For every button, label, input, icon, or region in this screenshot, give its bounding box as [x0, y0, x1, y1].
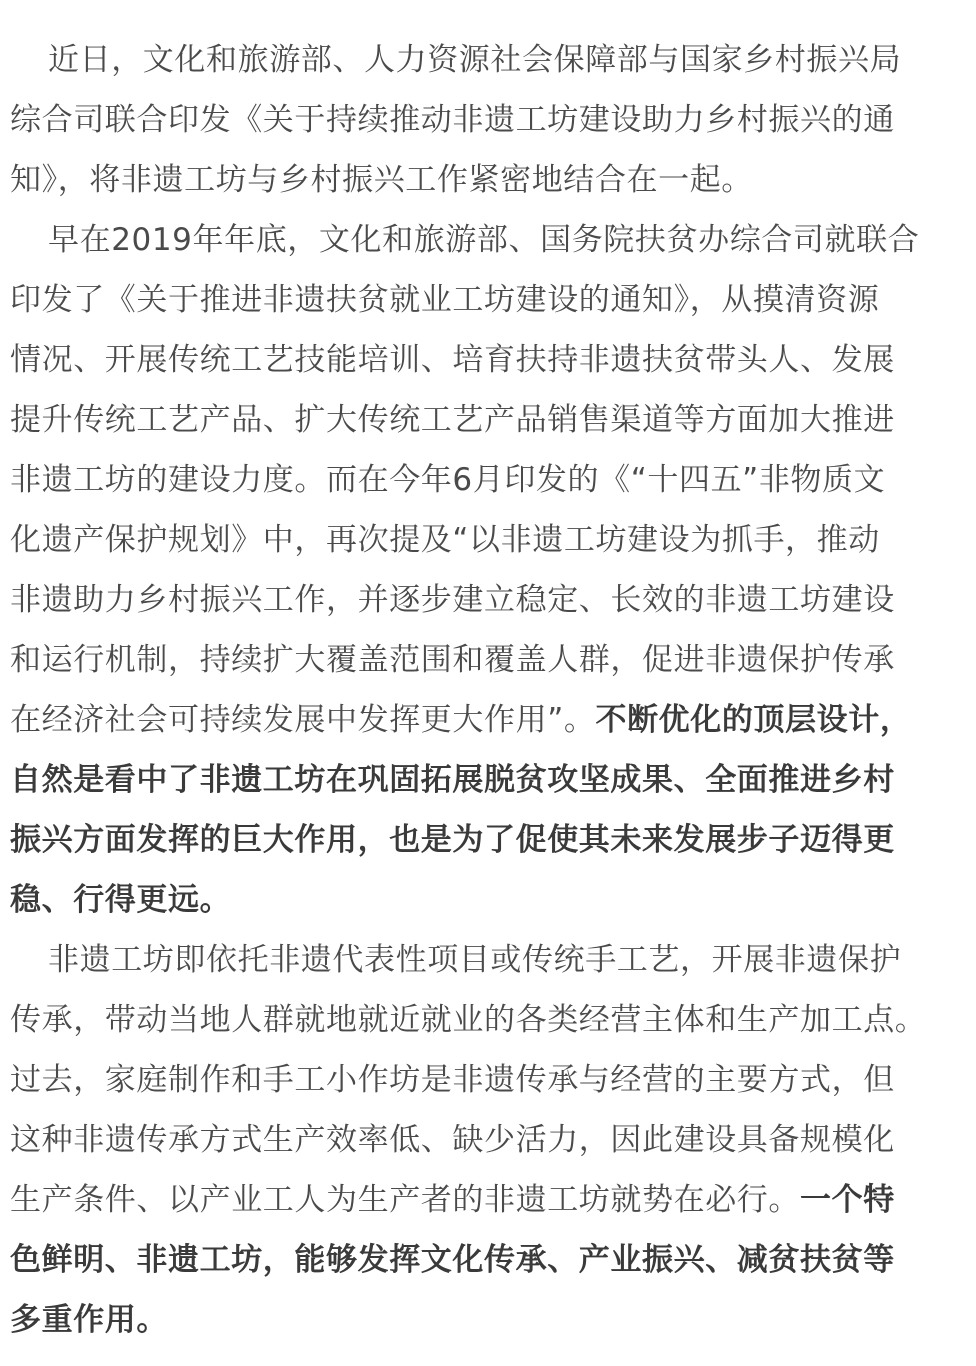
text-segment: 非遗工坊的建设力度。而在今年6月印发的《“十四五”非物质文: [10, 462, 885, 498]
text-segment: 早在2019年年底，文化和旅游部、国务院扶贫办综合司就联合: [48, 222, 919, 258]
text-line: 情况、开展传统工艺技能培训、培育扶持非遗扶贫带头人、发展: [10, 330, 976, 390]
emphasis-text: 稳、行得更远。: [10, 882, 231, 918]
text-line: 振兴方面发挥的巨大作用，也是为了促使其未来发展步子迈得更: [10, 810, 976, 870]
text-segment: 非遗助力乡村振兴工作，并逐步建立稳定、长效的非遗工坊建设: [10, 582, 895, 618]
text-segment: 传承，带动当地人群就地就近就业的各类经营主体和生产加工点。: [10, 1002, 926, 1038]
text-line: 印发了《关于推进非遗扶贫就业工坊建设的通知》，从摸清资源: [10, 270, 976, 330]
text-line: 非遗助力乡村振兴工作，并逐步建立稳定、长效的非遗工坊建设: [10, 570, 976, 630]
article-body: 近日，文化和旅游部、人力资源社会保障部与国家乡村振兴局 综合司联合印发《关于持续…: [10, 30, 976, 1350]
text-segment: 生产条件、以产业工人为生产者的非遗工坊就势在必行。: [10, 1182, 800, 1218]
text-segment: 这种非遗传承方式生产效率低、缺少活力，因此建设具备规模化: [10, 1122, 895, 1158]
text-line: 和运行机制，持续扩大覆盖范围和覆盖人群，促进非遗保护传承: [10, 630, 976, 690]
emphasis-text: 不断优化的顶层设计，: [595, 702, 911, 738]
text-line: 过去，家庭制作和手工小作坊是非遗传承与经营的主要方式，但: [10, 1050, 976, 1110]
text-line: 非遗工坊即依托非遗代表性项目或传统手工艺，开展非遗保护: [10, 930, 976, 990]
text-segment: 情况、开展传统工艺技能培训、培育扶持非遗扶贫带头人、发展: [10, 342, 895, 378]
text-segment: 和运行机制，持续扩大覆盖范围和覆盖人群，促进非遗保护传承: [10, 642, 895, 678]
text-segment: 近日，文化和旅游部、人力资源社会保障部与国家乡村振兴局: [48, 42, 901, 78]
paragraph-3: 非遗工坊即依托非遗代表性项目或传统手工艺，开展非遗保护 传承，带动当地人群就地就…: [10, 930, 976, 1350]
text-line: 多重作用。: [10, 1290, 976, 1350]
text-segment: 过去，家庭制作和手工小作坊是非遗传承与经营的主要方式，但: [10, 1062, 895, 1098]
paragraph-2: 早在2019年年底，文化和旅游部、国务院扶贫办综合司就联合 印发了《关于推进非遗…: [10, 210, 976, 930]
text-line: 知》，将非遗工坊与乡村振兴工作紧密地结合在一起。: [10, 150, 976, 210]
text-line: 早在2019年年底，文化和旅游部、国务院扶贫办综合司就联合: [10, 210, 976, 270]
text-line: 稳、行得更远。: [10, 870, 976, 930]
text-segment: 知》，将非遗工坊与乡村振兴工作紧密地结合在一起。: [10, 162, 753, 198]
text-line: 这种非遗传承方式生产效率低、缺少活力，因此建设具备规模化: [10, 1110, 976, 1170]
text-segment: 在经济社会可持续发展中发挥更大作用”。: [10, 702, 595, 738]
text-line: 色鲜明、非遗工坊，能够发挥文化传承、产业振兴、减贫扶贫等: [10, 1230, 976, 1290]
text-line: 近日，文化和旅游部、人力资源社会保障部与国家乡村振兴局: [10, 30, 976, 90]
text-line: 自然是看中了非遗工坊在巩固拓展脱贫攻坚成果、全面推进乡村: [10, 750, 976, 810]
text-line: 非遗工坊的建设力度。而在今年6月印发的《“十四五”非物质文: [10, 450, 976, 510]
text-line: 化遗产保护规划》中，再次提及“以非遗工坊建设为抓手，推动: [10, 510, 976, 570]
text-line: 提升传统工艺产品、扩大传统工艺产品销售渠道等方面加大推进: [10, 390, 976, 450]
paragraph-1: 近日，文化和旅游部、人力资源社会保障部与国家乡村振兴局 综合司联合印发《关于持续…: [10, 30, 976, 210]
text-line: 综合司联合印发《关于持续推动非遗工坊建设助力乡村振兴的通: [10, 90, 976, 150]
emphasis-text: 振兴方面发挥的巨大作用，也是为了促使其未来发展步子迈得更: [10, 822, 895, 858]
text-segment: 化遗产保护规划》中，再次提及“以非遗工坊建设为抓手，推动: [10, 522, 880, 558]
text-line: 生产条件、以产业工人为生产者的非遗工坊就势在必行。一个特: [10, 1170, 976, 1230]
text-segment: 印发了《关于推进非遗扶贫就业工坊建设的通知》，从摸清资源: [10, 282, 879, 318]
text-segment: 提升传统工艺产品、扩大传统工艺产品销售渠道等方面加大推进: [10, 402, 895, 438]
emphasis-text: 色鲜明、非遗工坊，能够发挥文化传承、产业振兴、减贫扶贫等: [10, 1242, 895, 1278]
emphasis-text: 多重作用。: [10, 1302, 168, 1338]
emphasis-text: 自然是看中了非遗工坊在巩固拓展脱贫攻坚成果、全面推进乡村: [10, 762, 895, 798]
text-segment: 综合司联合印发《关于持续推动非遗工坊建设助力乡村振兴的通: [10, 102, 895, 138]
text-segment: 非遗工坊即依托非遗代表性项目或传统手工艺，开展非遗保护: [48, 942, 901, 978]
emphasis-text: 一个特: [800, 1182, 895, 1218]
text-line: 传承，带动当地人群就地就近就业的各类经营主体和生产加工点。: [10, 990, 976, 1050]
text-line: 在经济社会可持续发展中发挥更大作用”。不断优化的顶层设计，: [10, 690, 976, 750]
